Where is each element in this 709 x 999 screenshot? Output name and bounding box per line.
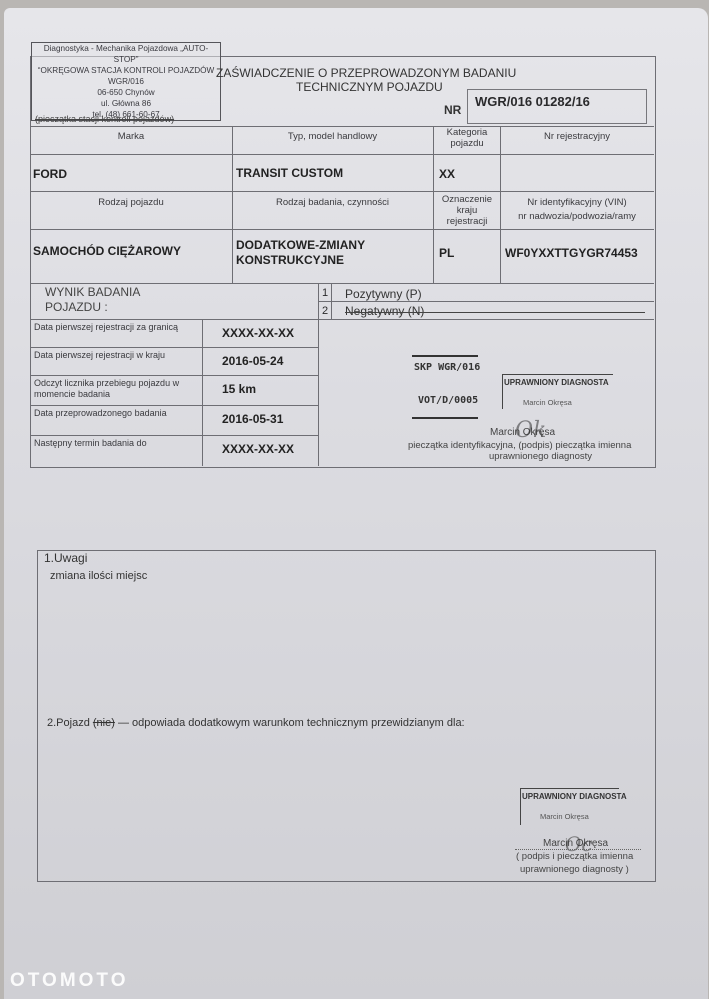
detail-label: Następny termin badania do [34, 438, 194, 449]
point2: 2.Pojazd (nie) — odpowiada dodatkowym wa… [47, 717, 465, 729]
table-rule [30, 154, 654, 155]
header-rodzaj-badania: Rodzaj badania, czynności [232, 197, 433, 208]
table-rule [30, 375, 318, 376]
stamps-caption-1: pieczątka identyfikacyjna, (podpis) piec… [408, 440, 631, 451]
table-rule [30, 191, 654, 192]
table-rule [30, 319, 654, 320]
document-title-line1: ZAŚWIADCZENIE O PRZEPROWADZONYM BADANIU [216, 66, 516, 80]
detail-value: XXXX-XX-XX [222, 442, 294, 456]
id-stamp-line1: SKP WGR/016 [414, 362, 480, 373]
table-rule [433, 126, 434, 283]
signature-dotted-line [515, 849, 641, 850]
detail-label: Odczyt licznika przebiegu pojazdu w mome… [34, 378, 194, 400]
detail-value: 2016-05-24 [222, 354, 283, 368]
remarks-frame [37, 550, 656, 882]
header-marka: Marka [30, 131, 232, 142]
stamp-line: Diagnostyka - Mechanika Pojazdowa „AUTO-… [32, 43, 220, 65]
stamp-line: “OKRĘGOWA STACJA KONTROLI POJAZDÓW [32, 65, 220, 76]
table-rule [318, 283, 319, 466]
value-kraj: PL [439, 246, 454, 260]
value-vin: WF0YXXTTGYGR74453 [505, 246, 638, 260]
value-rodzaj-badania-1: DODATKOWE-ZMIANY [236, 238, 365, 252]
detail-label: Data pierwszej rejestracji za granicą [34, 322, 194, 333]
stamp-line: 06-650 Chynów [32, 87, 220, 98]
nr-value: WGR/016 01282/16 [475, 94, 590, 109]
header-kategoria: Kategoria pojazdu [440, 127, 494, 149]
detail-value: 2016-05-31 [222, 412, 283, 426]
point2-rest: odpowiada dodatkowym warunkom techniczny… [132, 717, 465, 729]
value-rodzaj-pojazdu: SAMOCHÓD CIĘŻAROWY [33, 244, 181, 258]
table-rule [30, 229, 654, 230]
value-rodzaj-badania-2: KONSTRUKCYJNE [236, 253, 344, 267]
otomoto-watermark: OTOMOTO [10, 970, 128, 992]
value-typ: TRANSIT CUSTOM [236, 166, 343, 180]
table-rule [202, 319, 203, 466]
diagnosta-stamp-title: UPRAWNIONY DIAGNOSTA [504, 378, 609, 387]
point2-struck: (nie) [93, 717, 115, 729]
header-vin-sub: nr nadwozia/podwozia/ramy [500, 211, 654, 222]
diagnosta-stamp-name: Marcin Okręsa [523, 398, 572, 407]
negative-strike-line [345, 312, 645, 313]
bottom-stamp-name: Marcin Okręsa [540, 812, 589, 821]
station-stamp-caption: (pieczątka stacji kontroli pojazdów) [35, 114, 174, 124]
detail-label: Data przeprowadzonego badania [34, 408, 194, 419]
point2-dash: — [118, 717, 129, 729]
result-option-2-num: 2 [322, 305, 328, 317]
header-rodzaj-pojazdu: Rodzaj pojazdu [30, 197, 232, 208]
table-rule [318, 301, 654, 302]
header-nr-rej: Nr rejestracyjny [500, 131, 654, 142]
table-rule [30, 405, 318, 406]
stamp-line: ul. Główna 86 [32, 98, 220, 109]
table-rule [30, 347, 318, 348]
result-option-2: Negatywny (N) [345, 304, 424, 318]
result-option-1-num: 1 [322, 287, 328, 299]
point2-prefix: 2.Pojazd [47, 717, 90, 729]
remarks-heading: 1.Uwagi [44, 551, 87, 565]
result-label-2: POJAZDU : [45, 300, 108, 314]
result-option-1: Pozytywny (P) [345, 287, 422, 301]
value-marka: FORD [33, 167, 67, 181]
table-rule [30, 126, 654, 127]
table-rule [30, 435, 318, 436]
stamps-caption-2: uprawnionego diagnosty [489, 451, 592, 462]
document-title-line2: TECHNICZNYM POJAZDU [296, 80, 443, 94]
detail-label: Data pierwszej rejestracji w kraju [34, 350, 194, 361]
id-stamp-line2: VOT/D/0005 [418, 395, 478, 406]
station-stamp: Diagnostyka - Mechanika Pojazdowa „AUTO-… [31, 42, 221, 121]
bottom-stamp-title: UPRAWNIONY DIAGNOSTA [522, 792, 627, 801]
detail-value: XXXX-XX-XX [222, 326, 294, 340]
stamp-line: WGR/016 [32, 76, 220, 87]
result-label-1: WYNIK BADANIA [45, 285, 140, 299]
value-kategoria: XX [439, 167, 455, 181]
bottom-caption-1: ( podpis i pieczątka imienna [516, 851, 633, 862]
table-rule [30, 283, 654, 284]
remarks-text: zmiana ilości miejsc [50, 570, 147, 582]
header-typ: Typ, model handlowy [232, 131, 433, 142]
header-vin: Nr identyfikacyjny (VIN) [500, 197, 654, 208]
bottom-caption-2: uprawnionego diagnosty ) [520, 864, 629, 875]
nr-label: NR [444, 103, 461, 117]
header-oznaczenie-kraju: Oznaczenie kraju rejestracji [436, 194, 498, 227]
detail-value: 15 km [222, 382, 256, 396]
